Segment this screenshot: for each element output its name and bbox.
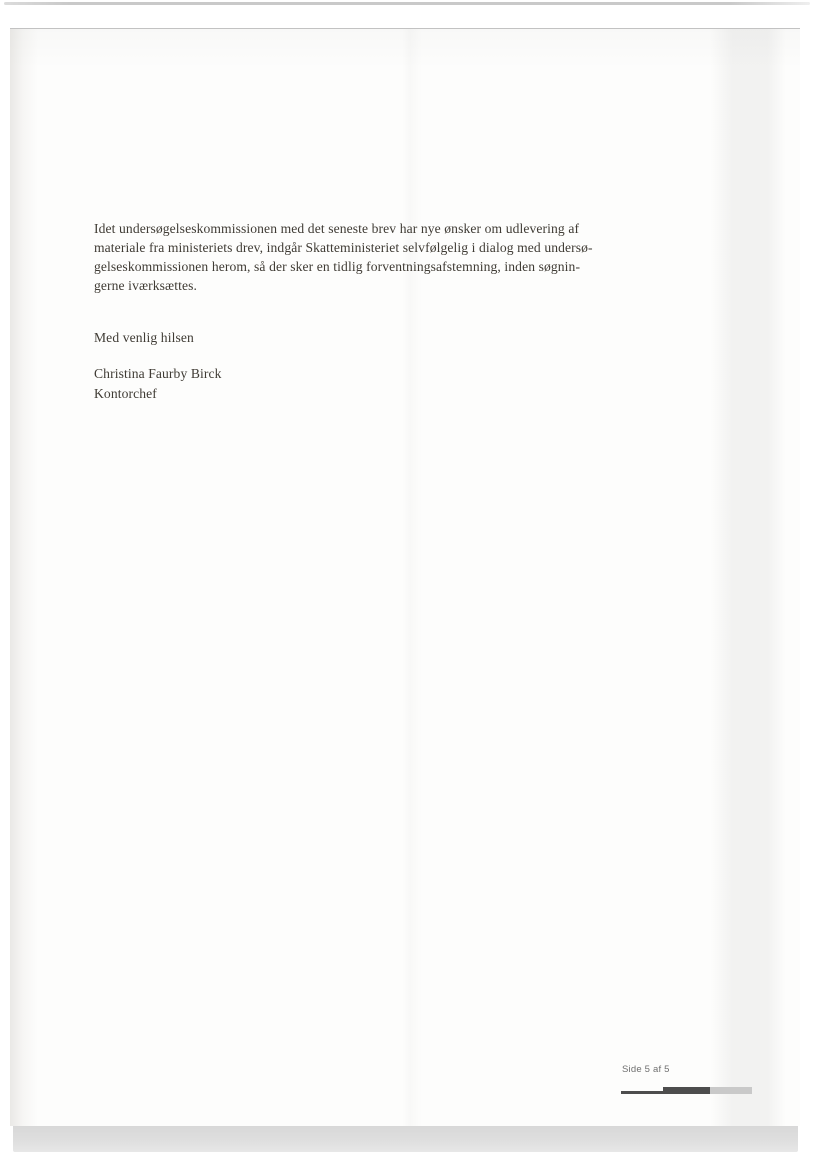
- page-progress-bar: [621, 1086, 757, 1094]
- page-bottom-edge: [13, 1126, 798, 1152]
- closing-line: Med venlig hilsen: [94, 328, 194, 347]
- body-line: materiale fra ministeriets drev, indgår …: [94, 238, 594, 257]
- progress-segment-thin: [621, 1091, 663, 1094]
- body-line: Idet undersøgelseskommissionen med det s…: [94, 219, 594, 238]
- viewer-stage: Idet undersøgelseskommissionen med det s…: [0, 0, 828, 1169]
- signature-name: Christina Faurby Birck: [94, 364, 222, 384]
- signature-block: Christina Faurby Birck Kontorchef: [94, 364, 222, 403]
- body-line: gerne iværksættes.: [94, 276, 594, 295]
- window-top-border: [4, 2, 810, 5]
- page-indicator: Side 5 af 5: [622, 1064, 670, 1075]
- progress-segment-light: [710, 1087, 752, 1094]
- signature-title: Kontorchef: [94, 384, 222, 404]
- progress-segment-dark: [663, 1087, 710, 1094]
- body-line: gelseskommissionen herom, så der sker en…: [94, 257, 594, 276]
- document-page: Idet undersøgelseskommissionen med det s…: [10, 28, 800, 1126]
- letter-body: Idet undersøgelseskommissionen med det s…: [94, 219, 594, 295]
